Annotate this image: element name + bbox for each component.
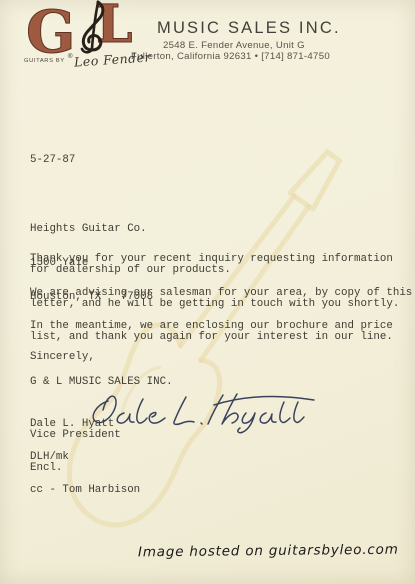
- body-paragraph-2: We are advising our salesman for your ar…: [30, 288, 412, 311]
- recipient-line: Heights Guitar Co.: [30, 224, 153, 235]
- letter-date: 5-27-87: [30, 155, 75, 166]
- founder-signature-script: Leo Fender: [74, 49, 152, 69]
- signature-script: [86, 389, 321, 435]
- body-paragraph-3: In the meantime, we are enclosing our br…: [30, 321, 393, 344]
- logo-letter-g: G: [28, 0, 76, 56]
- signature-company-line: G & L MUSIC SALES INC.: [30, 377, 173, 388]
- registered-mark: ®: [68, 53, 73, 67]
- letter-scan: G L MUSIC SALES INC. 2548 E. Fender Aven…: [0, 0, 415, 584]
- gl-logo: G L: [28, 0, 154, 56]
- body-paragraph-1: Thank you for your recent inquiry reques…: [30, 254, 393, 277]
- enclosure-note: Encl.: [30, 463, 62, 474]
- guitars-by-line: GUITARS BY ® Leo Fender: [24, 52, 152, 67]
- closing-line: Sincerely,: [30, 352, 95, 363]
- cc-line: cc - Tom Harbison: [30, 485, 140, 496]
- hosting-caption: Image hosted on guitarsbyleo.com: [138, 542, 399, 561]
- address-line-1: 2548 E. Fender Avenue, Unit G: [163, 40, 305, 51]
- company-name: MUSIC SALES INC.: [157, 19, 341, 38]
- address-line-2: Fullerton, California 92631 • [714] 871-…: [131, 51, 330, 62]
- guitars-by-label: GUITARS BY: [24, 58, 65, 67]
- signer-title: Vice President: [30, 430, 121, 441]
- letterhead: G L MUSIC SALES INC. 2548 E. Fender Aven…: [0, 0, 415, 70]
